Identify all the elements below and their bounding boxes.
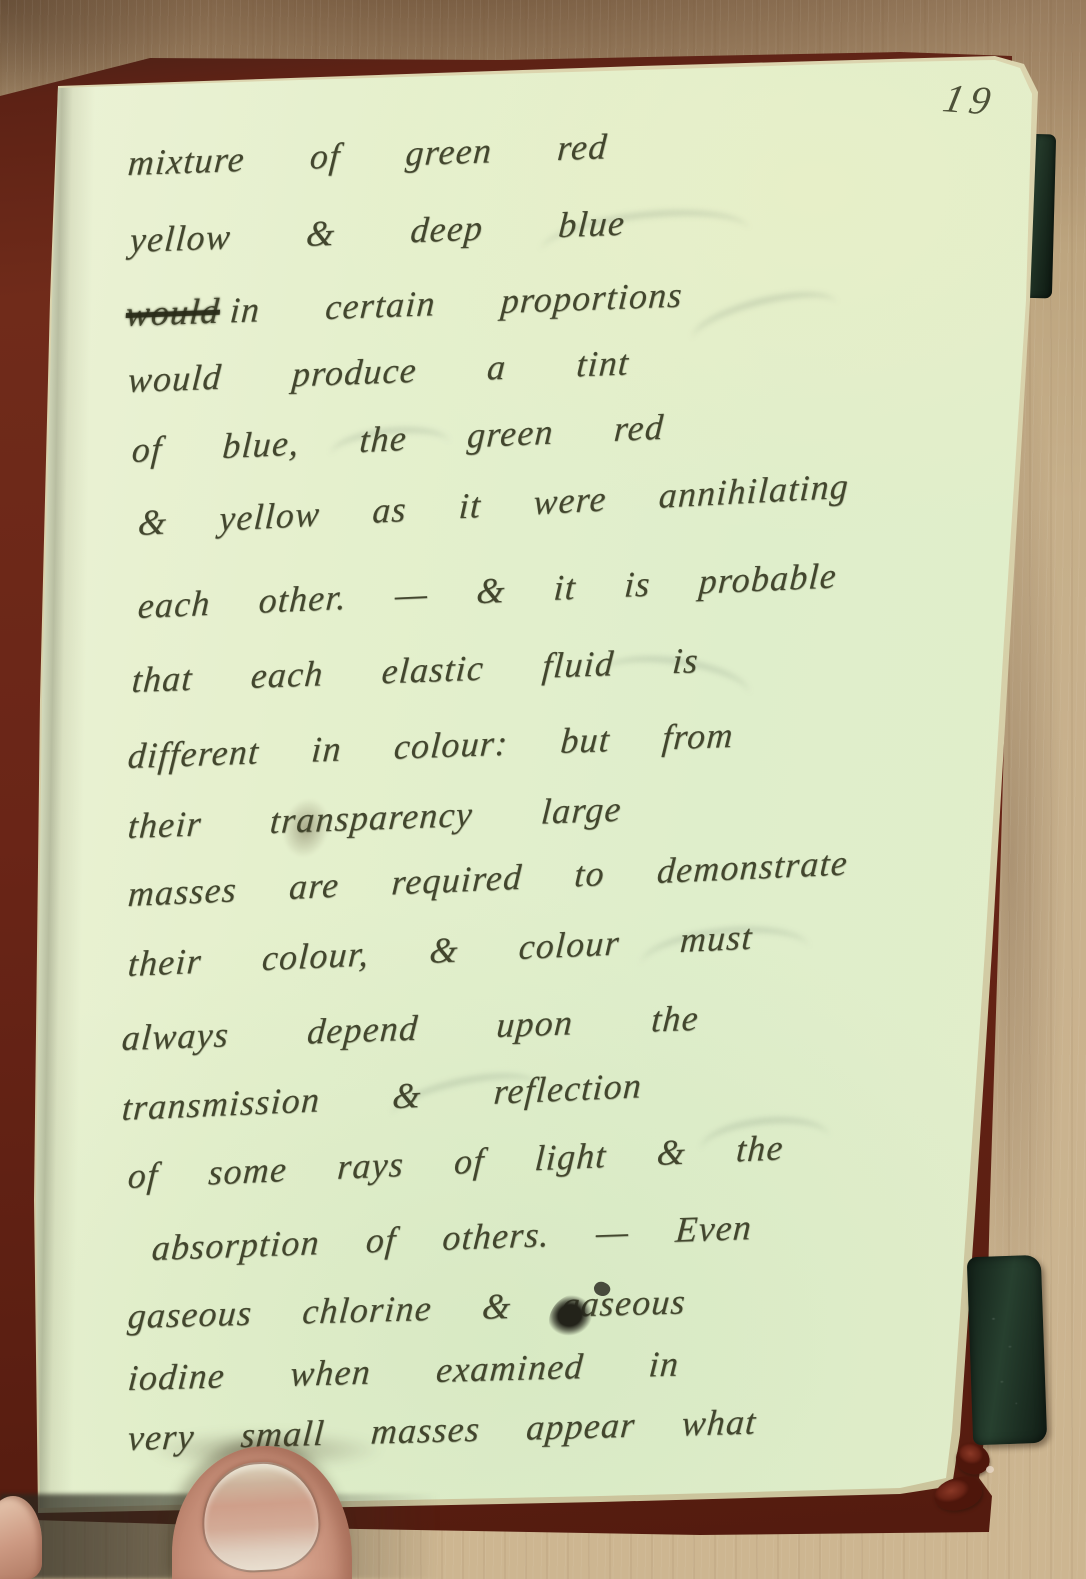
bookmark-tab-bottom	[967, 1255, 1048, 1445]
page-number: 19	[939, 74, 1001, 124]
crossed-out-word: would	[125, 291, 222, 334]
photo-scene: 19 mixture of green redyellow & deep blu…	[0, 0, 1086, 1579]
notebook-page: 19 mixture of green redyellow & deep blu…	[0, 0, 1086, 1579]
leather-knot-glint	[986, 1466, 994, 1473]
thumbnail-nail	[199, 1459, 323, 1575]
